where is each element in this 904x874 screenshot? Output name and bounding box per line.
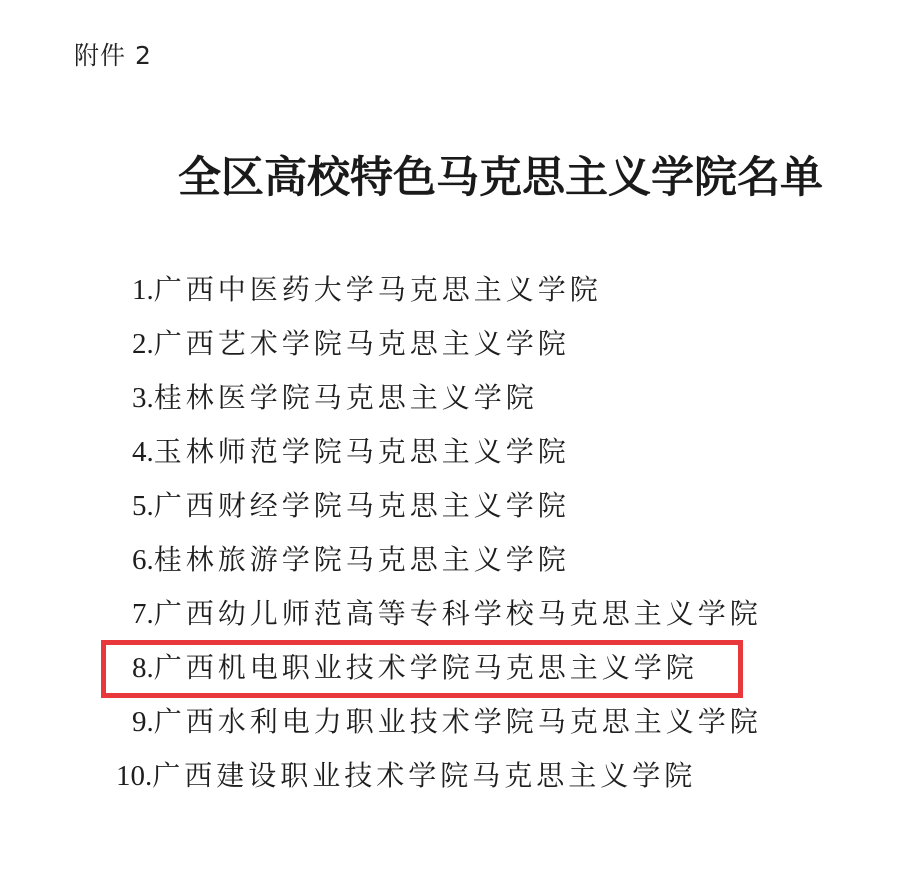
item-name: 广西水利电力职业技术学院马克思主义学院 [154,705,762,738]
item-number: 8. [132,652,154,684]
item-number: 9. [132,706,154,738]
document-title: 全区高校特色马克思主义学院名单 [178,144,823,205]
list-item: 2.广西艺术学院马克思主义学院 [132,324,570,364]
list-item: 5.广西财经学院马克思主义学院 [132,486,570,526]
item-number: 6. [132,544,154,576]
item-name: 广西艺术学院马克思主义学院 [154,327,570,360]
item-name: 广西机电职业技术学院马克思主义学院 [154,651,698,684]
item-number: 3. [132,382,154,414]
list-item: 10.广西建设职业技术学院马克思主义学院 [116,756,696,796]
item-number: 2. [132,328,154,360]
item-name: 广西中医药大学马克思主义学院 [154,273,602,306]
list-item: 6.桂林旅游学院马克思主义学院 [132,540,570,580]
attachment-label: 附件 2 [74,36,152,72]
list-item: 4.玉林师范学院马克思主义学院 [132,432,570,472]
item-number: 5. [132,490,154,522]
item-number: 1. [132,274,154,306]
list-item-highlighted: 8.广西机电职业技术学院马克思主义学院 [132,648,698,688]
item-number: 4. [132,436,154,468]
item-number: 10. [116,760,152,792]
item-name: 桂林旅游学院马克思主义学院 [154,543,570,576]
list-item: 7.广西幼儿师范高等专科学校马克思主义学院 [132,594,762,634]
list-item: 3.桂林医学院马克思主义学院 [132,378,538,418]
item-name: 广西幼儿师范高等专科学校马克思主义学院 [154,597,762,630]
item-name: 广西财经学院马克思主义学院 [154,489,570,522]
list-item: 1.广西中医药大学马克思主义学院 [132,270,602,310]
item-number: 7. [132,598,154,630]
list-item: 9.广西水利电力职业技术学院马克思主义学院 [132,702,762,742]
item-name: 广西建设职业技术学院马克思主义学院 [152,759,696,792]
item-name: 玉林师范学院马克思主义学院 [154,435,570,468]
item-name: 桂林医学院马克思主义学院 [154,381,538,414]
